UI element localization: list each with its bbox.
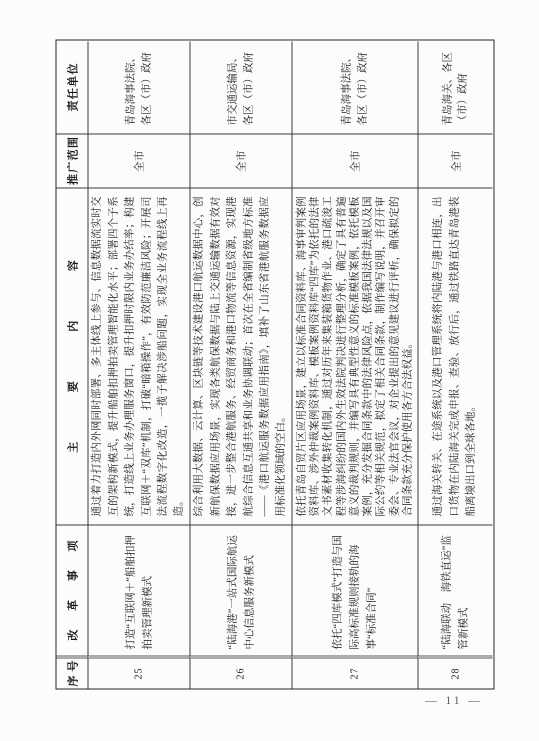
row-26-scope-cell: 全市 (190, 135, 292, 189)
unit-text: 青岛海事法院、各区（市）政府 (124, 50, 155, 126)
header-item-label: 改革事项 (64, 526, 80, 641)
row-27-unit-cell: 青岛海事法院、各区（市）政府 (292, 42, 418, 135)
row-25-item-cell: 打造“互联网＋”船舶扣押拍卖管理新模式 (88, 526, 190, 659)
header-index-label: 序号 (64, 659, 80, 687)
reform-items-table: 序号 改革事项 主要内容 推广范围 责任单位 25 打造“互联网＋”船舶扣押拍卖… (56, 40, 495, 690)
main-content-text: 综合利用大数据、云计算、区块链等技术建设港口航运数据中心，创新航保数据应用场景，… (192, 197, 290, 517)
row-index: 28 (450, 668, 461, 680)
main-content-text: 通过着力打造内外网同时部署、多主体线上参与、信息数据流实时交互的架构新模式，提升… (90, 197, 188, 517)
row-25-content-cell: 通过着力打造内外网同时部署、多主体线上参与、信息数据流实时交互的架构新模式，提升… (88, 189, 190, 526)
unit-text: 青岛海关、各区（市）政府 (440, 50, 471, 126)
reform-item-text: 打造“互联网＋”船舶扣押拍卖管理新模式 (122, 532, 156, 650)
reform-item-text: “陆海港”一站式国际航运中心信息服务新模式 (224, 532, 258, 650)
row-index: 27 (350, 668, 361, 680)
main-content-text: 通过海关转关、在途系统以及港口管理系统将内陆港与港口相连，出口货物在内陆海关完成… (430, 197, 480, 517)
page-number: — 11 — (418, 695, 490, 707)
row-28-scope-cell: 全市 (418, 135, 493, 189)
unit-text: 青岛海事法院、各区（市）政府 (340, 50, 371, 126)
scope-text: 全市 (448, 150, 463, 172)
header-unit-cell: 责任单位 (57, 42, 88, 135)
scope-text: 全市 (234, 150, 249, 172)
row-27-scope-cell: 全市 (292, 135, 418, 189)
row-27-content-cell: 依托青岛自贸片区应用场景，建立以标准合同资料库、海事审判案例资料库、涉外仲裁案例… (292, 189, 418, 526)
scope-text: 全市 (132, 150, 147, 172)
row-27-item-cell: 依托“四库模式”打造与国际高标准规则接轨的海事“标准合同” (292, 526, 418, 659)
row-26-item-cell: “陆海港”一站式国际航运中心信息服务新模式 (190, 526, 292, 659)
row-28-content-cell: 通过海关转关、在途系统以及港口管理系统将内陆港与港口相连，出口货物在内陆海关完成… (418, 189, 493, 526)
document-page: 序号 改革事项 主要内容 推广范围 责任单位 25 打造“互联网＋”船舶扣押拍卖… (0, 0, 539, 741)
row-25-scope-cell: 全市 (88, 135, 190, 189)
reform-item-text: “陆海联动 海铁直运”监管新模式 (439, 532, 473, 650)
row-28-item-cell: “陆海联动 海铁直运”监管新模式 (418, 526, 493, 659)
row-index: 25 (134, 668, 145, 680)
header-unit-label: 责任单位 (64, 62, 80, 111)
header-content-cell: 主要内容 (57, 189, 88, 526)
header-index-cell: 序号 (57, 659, 88, 689)
row-25-unit-cell: 青岛海事法院、各区（市）政府 (88, 42, 190, 135)
header-scope-cell: 推广范围 (57, 135, 88, 189)
reform-item-text: 依托“四库模式”打造与国际高标准规则接轨的海事“标准合同” (330, 532, 381, 650)
scope-text: 全市 (348, 150, 363, 172)
main-content-text: 依托青岛自贸片区应用场景，建立以标准合同资料库、海事审判案例资料库、涉外仲裁案例… (296, 197, 415, 517)
header-content-label: 主要内容 (64, 211, 80, 453)
row-index: 26 (236, 668, 247, 680)
row-27-index-cell: 27 (292, 659, 418, 689)
unit-text: 市交通运输局、各区（市）政府 (226, 50, 257, 126)
row-26-index-cell: 26 (190, 659, 292, 689)
row-28-unit-cell: 青岛海关、各区（市）政府 (418, 42, 493, 135)
row-26-unit-cell: 市交通运输局、各区（市）政府 (190, 42, 292, 135)
header-item-cell: 改革事项 (57, 526, 88, 659)
row-28-index-cell: 28 (418, 659, 493, 689)
row-26-content-cell: 综合利用大数据、云计算、区块链等技术建设港口航运数据中心，创新航保数据应用场景，… (190, 189, 292, 526)
header-scope-label: 推广范围 (64, 136, 80, 185)
row-25-index-cell: 25 (88, 659, 190, 689)
